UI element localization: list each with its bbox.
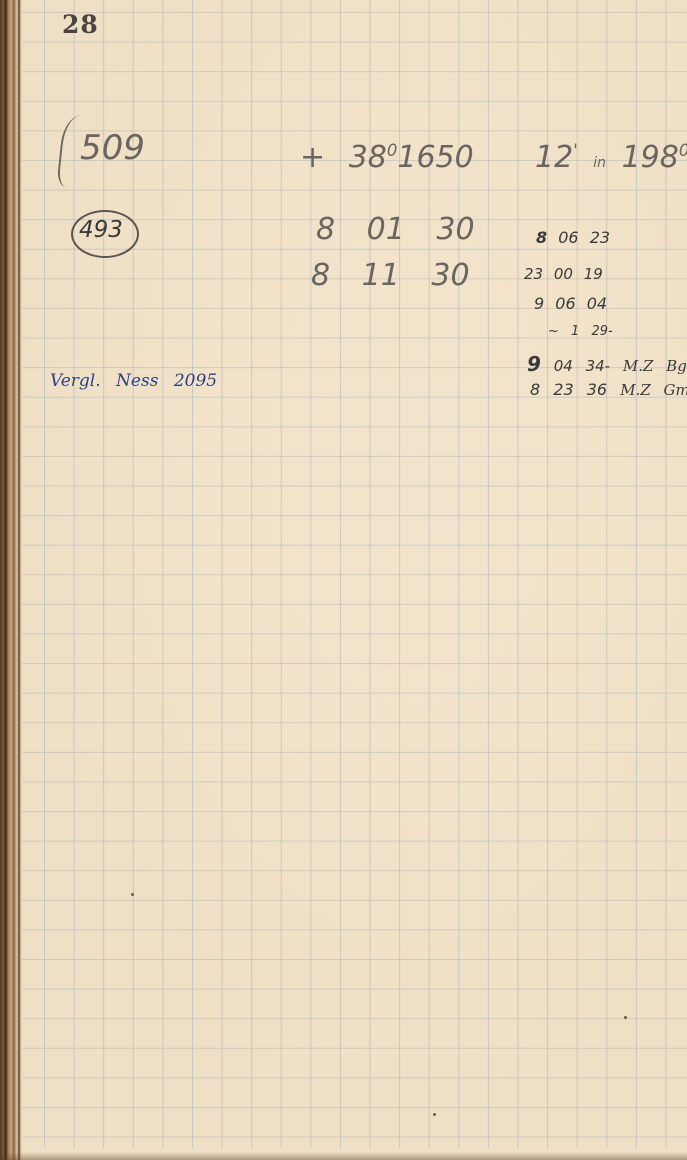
time-s: 30 (431, 258, 469, 293)
prime-symbol: ' (573, 141, 578, 160)
declination-sign: + (300, 140, 325, 175)
time-row-1: 8 01 30 (316, 212, 475, 247)
note-minutes: 12 (535, 140, 573, 175)
declination-degrees: 38 (349, 140, 387, 175)
col-b: 06 (555, 294, 575, 313)
right-row-1: 8 06 23 (536, 228, 610, 247)
col-c: 36 (587, 380, 607, 399)
right-row-3: 9 06 04 (534, 294, 607, 313)
declination-value: 1650 (397, 140, 473, 175)
col-c: 34- (586, 357, 611, 375)
col-c: 04 (587, 294, 607, 313)
paper-speck (131, 893, 134, 896)
time-m: 11 (362, 258, 400, 293)
right-row-2: 23 00 19 (524, 265, 603, 283)
col-a: 23 (524, 265, 543, 283)
note-degrees: 198 (622, 140, 679, 175)
time-m: 01 (367, 212, 405, 247)
time-h: 8 (311, 258, 330, 293)
col-c: 19 (584, 265, 603, 283)
col-b: 04 (554, 357, 573, 375)
declination: + 3801650 (300, 140, 474, 175)
time-h: 8 (316, 212, 335, 247)
degree-symbol: 0 (679, 141, 687, 160)
row-note: M.Z Bg (623, 357, 687, 375)
col-a: 8 (536, 228, 547, 247)
col-b: 00 (554, 265, 573, 283)
col-a: 9 (534, 294, 544, 313)
paper-speck (433, 1113, 436, 1116)
circled-number: 493 (79, 217, 123, 243)
page-bottom-edge (0, 1152, 687, 1160)
col-b: 06 (558, 228, 578, 247)
col-b: 23 (553, 380, 573, 399)
col-b: 1 (571, 324, 579, 339)
col-c: 29- (591, 324, 612, 339)
row-note: M.Z Gm (620, 381, 687, 399)
col-c: 23 (590, 228, 610, 247)
blue-ink-note: Vergl. Ness 2095 (50, 371, 217, 391)
book-spine-edge (0, 0, 22, 1160)
integral-label: 509 (80, 128, 145, 168)
top-right-note: 12' in 1980 (535, 140, 687, 175)
right-row-6: 8 23 36 M.Z Gm (530, 380, 687, 399)
degree-symbol: 0 (387, 141, 398, 160)
page-number: 28 (62, 10, 99, 39)
time-s: 30 (436, 212, 474, 247)
col-a: 8 (530, 380, 540, 399)
time-row-2: 8 11 30 (311, 258, 470, 293)
right-row-4: ~ 1 29- (548, 324, 613, 339)
notebook-page: 28 509 493 + 3801650 12' in 1980 8 01 30… (0, 0, 687, 1160)
col-a: 9 (527, 352, 541, 376)
note-word: in (593, 155, 606, 171)
paper-speck (624, 1016, 627, 1019)
right-row-5: 9 04 34- M.Z Bg (527, 352, 687, 376)
col-a: ~ (548, 324, 559, 339)
